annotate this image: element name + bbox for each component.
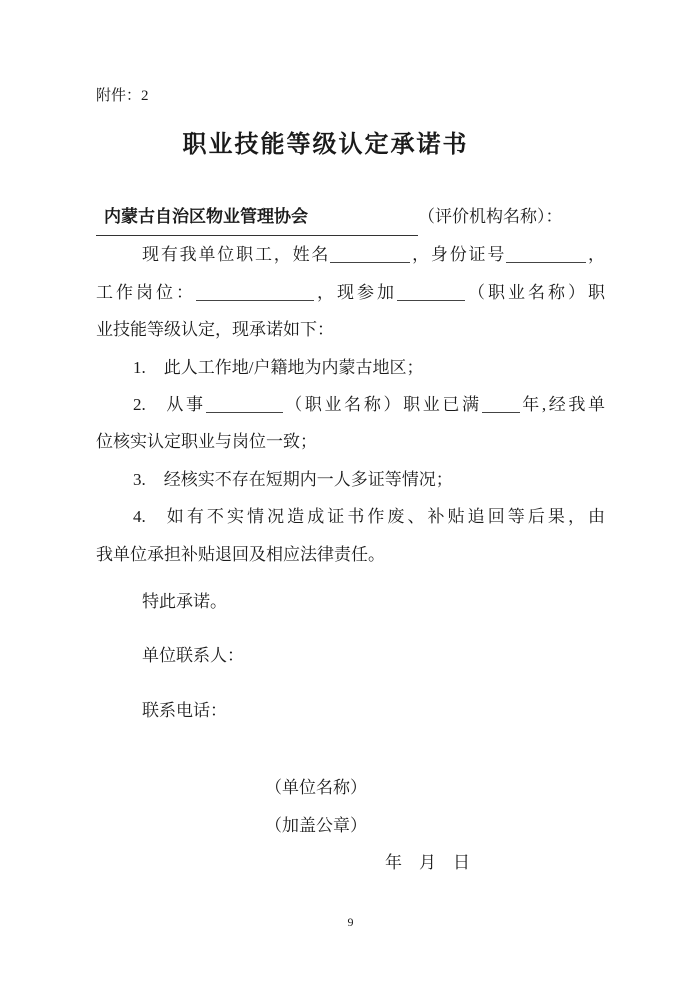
intro-text-wrap: 业技能等级认定，现承诺如下： [96, 320, 334, 339]
org-name-field: 内蒙古自治区物业管理协会 [96, 198, 418, 236]
list-item-3: 3.经核实不存在短期内一人多证等情况； [96, 461, 605, 498]
intro-text-occupation-note: （职业名称）职 [465, 283, 605, 302]
list-item-2-line-1: 2.从事（职业名称）职业已满年,经我单 [96, 386, 605, 423]
item-4-text-wrap: 我单位承担补贴退回及相应法律责任。 [96, 545, 385, 564]
page-title: 职业技能等级认定承诺书 [96, 128, 555, 162]
attachment-label: 附件：2 [96, 86, 605, 106]
item-1-number: 1. [133, 358, 146, 377]
intro-text-id-label: ，身份证号 [410, 245, 506, 264]
document-page: 附件：2 职业技能等级认定承诺书 内蒙古自治区物业管理协会（评价机构名称）： 现… [0, 0, 700, 990]
contact-person-line: 单位联系人： [96, 637, 605, 674]
post-blank-field [196, 283, 314, 301]
intro-line-3: 业技能等级认定，现承诺如下： [96, 311, 605, 348]
item-4-text: 如有不实情况造成证书作废、补贴追回等后果，由 [164, 507, 605, 526]
contact-phone-label: 联系电话： [142, 701, 227, 720]
org-name-blank [308, 208, 418, 225]
item-2-text-wrap: 位核实认定职业与岗位一致； [96, 432, 317, 451]
page-number: 9 [96, 914, 605, 930]
salutation-suffix: （评价机构名称）： [418, 207, 563, 226]
intro-line-1: 现有我单位职工，姓名，身份证号， [96, 236, 605, 273]
item-4-number: 4. [133, 507, 146, 526]
intro-line-2: 工作岗位：，现参加（职业名称）职 [96, 274, 605, 311]
org-name: 内蒙古自治区物业管理协会 [104, 207, 308, 226]
name-blank-field [330, 245, 410, 263]
list-item-4-line-1: 4.如有不实情况造成证书作废、补贴追回等后果，由 [96, 498, 605, 535]
list-item-2-line-2: 位核实认定职业与岗位一致； [96, 423, 605, 460]
contact-person-label: 单位联系人： [142, 646, 244, 665]
intro-text-post-label: 工作岗位： [96, 283, 196, 302]
item-2-occupation-blank-field [206, 395, 283, 413]
closing-statement: 特此承诺。 [96, 583, 605, 620]
item-1-text: 此人工作地/户籍地为内蒙古地区； [164, 358, 424, 377]
signature-seal-placeholder: （加盖公章） [265, 816, 367, 835]
salutation-line: 内蒙古自治区物业管理协会（评价机构名称）： [96, 198, 605, 236]
signature-org-placeholder: （单位名称） [265, 778, 367, 797]
intro-text-employee: 现有我单位职工，姓名 [142, 245, 330, 264]
list-item-4-line-2: 我单位承担补贴退回及相应法律责任。 [96, 536, 605, 573]
document-content: 附件：2 职业技能等级认定承诺书 内蒙古自治区物业管理协会（评价机构名称）： 现… [0, 0, 700, 930]
intro-text-comma: ， [586, 245, 605, 264]
item-2-text-tail: 年,经我单 [520, 395, 605, 414]
item-2-text-years-label: （职业名称）职业已满 [283, 395, 482, 414]
item-2-number: 2. [133, 395, 146, 414]
occupation-blank-field [397, 283, 465, 301]
signature-date-placeholder: 年 月 日 [385, 853, 470, 872]
item-3-number: 3. [133, 470, 146, 489]
signature-date-line: 年 月 日 [96, 844, 605, 881]
signature-seal-line: （加盖公章） [96, 807, 605, 844]
list-item-1: 1.此人工作地/户籍地为内蒙古地区； [96, 349, 605, 386]
signature-org-line: （单位名称） [96, 769, 605, 806]
closing-text: 特此承诺。 [142, 592, 227, 611]
item-2-years-blank-field [482, 395, 520, 413]
contact-phone-line: 联系电话： [96, 692, 605, 729]
item-3-text: 经核实不存在短期内一人多证等情况； [164, 470, 453, 489]
item-2-text-engaged: 从事 [164, 395, 206, 414]
intro-text-participate: ，现参加 [314, 283, 397, 302]
id-number-blank-field [506, 245, 586, 263]
